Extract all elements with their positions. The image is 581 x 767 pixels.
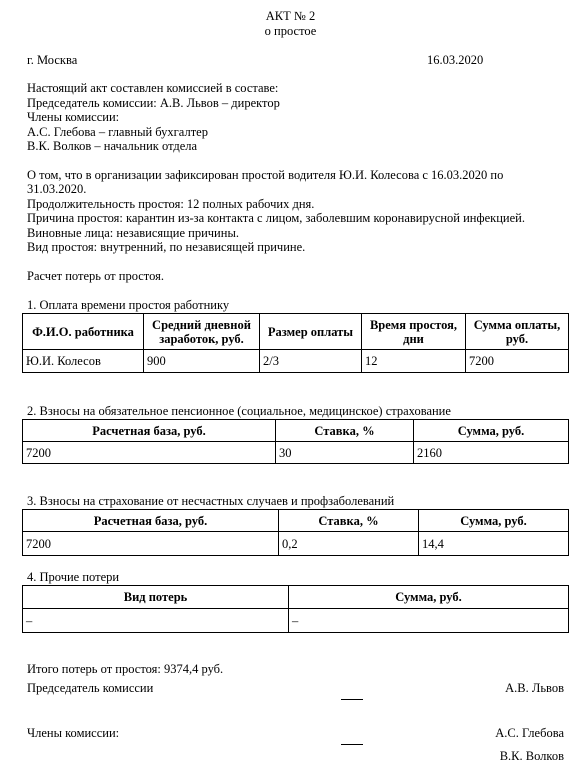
total-losses: Итого потерь от простоя: 9374,4 руб. — [27, 662, 223, 676]
chairman-label: Председатель комиссии — [27, 681, 153, 695]
cell-rate: 30 — [276, 442, 414, 464]
chairman-name: А.В. Львов — [505, 681, 564, 695]
col-header: Ставка, % — [279, 510, 419, 532]
cell-sum: 2160 — [414, 442, 569, 464]
col-header: Расчетная база, руб. — [23, 510, 279, 532]
document-subtitle: о простое — [0, 24, 581, 38]
col-header: Сумма, руб. — [414, 420, 569, 442]
cell-sum: 14,4 — [419, 532, 569, 556]
commission-member: В.К. Волков – начальник отдела — [27, 139, 197, 153]
cell-base: 7200 — [23, 442, 276, 464]
section1-title: 1. Оплата времени простоя работнику — [27, 298, 229, 312]
downtime-reason: Причина простоя: карантин из-за контакта… — [27, 211, 525, 225]
col-header: Ставка, % — [276, 420, 414, 442]
table-row: 7200 30 2160 — [23, 442, 569, 464]
col-header: Вид потерь — [23, 586, 289, 609]
commission-members-label: Члены комиссии: — [27, 110, 119, 124]
member1-name: А.С. Глебова — [495, 726, 564, 740]
city: г. Москва — [27, 53, 77, 67]
cell-loss-sum: – — [289, 609, 569, 633]
col-header: Ф.И.О. работника — [23, 314, 144, 350]
section4-table: Вид потерь Сумма, руб. – – — [22, 585, 569, 633]
commission-chairman: Председатель комиссии: А.В. Львов – дире… — [27, 96, 280, 110]
col-header: Средний дневной заработок, руб. — [144, 314, 260, 350]
downtime-guilty: Виновные лица: независящие причины. — [27, 226, 239, 240]
commission-intro: Настоящий акт составлен комиссией в сост… — [27, 81, 278, 95]
chairman-signature-line — [341, 699, 363, 700]
col-header: Сумма оплаты, руб. — [466, 314, 569, 350]
member2-name: В.К. Волков — [500, 749, 564, 763]
calc-title: Расчет потерь от простоя. — [27, 269, 164, 283]
table-row: Ю.И. Колесов 900 2/3 12 7200 — [23, 350, 569, 373]
members-signature-line — [341, 744, 363, 745]
cell-payment-sum: 7200 — [466, 350, 569, 373]
table-row: – – — [23, 609, 569, 633]
col-header: Время простоя, дни — [362, 314, 466, 350]
body-line: 31.03.2020. — [27, 182, 86, 196]
section4-title: 4. Прочие потери — [27, 570, 119, 584]
col-header: Расчетная база, руб. — [23, 420, 276, 442]
table-row: 7200 0,2 14,4 — [23, 532, 569, 556]
document-date: 16.03.2020 — [427, 53, 483, 67]
cell-downtime-days: 12 — [362, 350, 466, 373]
downtime-type: Вид простоя: внутренний, по независящей … — [27, 240, 305, 254]
cell-payment-rate: 2/3 — [260, 350, 362, 373]
section3-table: Расчетная база, руб. Ставка, % Сумма, ру… — [22, 509, 569, 556]
col-header: Сумма, руб. — [289, 586, 569, 609]
section2-table: Расчетная база, руб. Ставка, % Сумма, ру… — [22, 419, 569, 464]
col-header: Сумма, руб. — [419, 510, 569, 532]
cell-avg-earnings: 900 — [144, 350, 260, 373]
col-header: Размер оплаты — [260, 314, 362, 350]
commission-member: А.С. Глебова – главный бухгалтер — [27, 125, 208, 139]
members-label: Члены комиссии: — [27, 726, 119, 740]
section1-table: Ф.И.О. работника Средний дневной заработ… — [22, 313, 569, 373]
downtime-duration: Продолжительность простоя: 12 полных раб… — [27, 197, 314, 211]
cell-employee: Ю.И. Колесов — [23, 350, 144, 373]
section3-title: 3. Взносы на страхование от несчастных с… — [27, 494, 394, 508]
cell-loss-type: – — [23, 609, 289, 633]
section2-title: 2. Взносы на обязательное пенсионное (со… — [27, 404, 451, 418]
cell-base: 7200 — [23, 532, 279, 556]
document-title: АКТ № 2 — [0, 9, 581, 23]
cell-rate: 0,2 — [279, 532, 419, 556]
body-line: О том, что в организации зафиксирован пр… — [27, 168, 503, 182]
